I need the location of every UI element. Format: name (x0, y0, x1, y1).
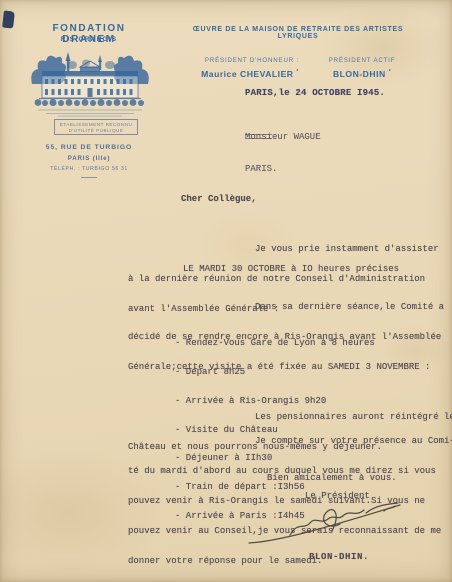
address-street: 55, RUE DE TURBIGO (25, 144, 153, 151)
letter-page: FONDATION DRANEM RIS-ORANGIS (0, 0, 452, 582)
honor-president-title: PRÉSIDENT D'HONNEUR : (196, 57, 308, 64)
honor-president-name: Maurice CHEVALIER * (190, 69, 310, 79)
recipient-block: Monsieur WAGUE PARIS. (245, 111, 321, 195)
recipient-city: PARIS. (245, 164, 321, 175)
dateline: PARIS,le 24 OCTOBRE I945. (245, 88, 385, 98)
asterisk-mark: * (296, 69, 298, 75)
org-subtitle: RIS-ORANGIS (26, 36, 152, 43)
active-name-text: BLON-DHIN (333, 69, 386, 79)
recognition-line-2: D'UTILITÉ PUBLIQUE (55, 128, 137, 134)
letter-line: Je vous prie instamment d'assister (128, 244, 439, 254)
recipient-underline (245, 134, 272, 139)
chateau-engraving-illustration (30, 49, 150, 117)
honor-name-text: Maurice CHEVALIER (201, 69, 293, 79)
meeting-notice: LE MARDI 30 OCTOBRE à IO heures précises (183, 264, 399, 274)
active-president-name: BLON-DHIN * (320, 69, 404, 79)
letter-line: Dans sa dernière séance,le Comité a (128, 302, 444, 312)
letter-line: Je compte sur votre présence au Comi- (128, 436, 452, 446)
active-president-title: PRÉSIDENT ACTIF (320, 57, 404, 64)
handwritten-signature-ink (244, 497, 406, 547)
schedule-item: - Départ 8h25 (175, 368, 375, 378)
asterisk-mark: * (389, 69, 391, 75)
divider-rule (81, 177, 97, 178)
ink-stain (2, 10, 15, 28)
recognition-line-1: ÉTABLISSEMENT RECONNU (55, 122, 137, 128)
salutation: Cher Collègue, (181, 194, 257, 204)
oeuvre-title: ŒUVRE DE LA MAISON DE RETRAITE DES ARTIS… (174, 26, 422, 40)
address-phone: TÉLÉPH. : TURBIGO 56 31 (25, 166, 153, 172)
closing-phrase: Bien amicalement à vous. (267, 473, 397, 483)
schedule-item: - Rendez-Vous Gare de Lyon à 8 heures (175, 339, 375, 349)
recognition-box: ÉTABLISSEMENT RECONNU D'UTILITÉ PUBLIQUE (54, 119, 138, 135)
letter-line: donner votre réponse pour le samedi. (128, 556, 452, 566)
address-city: PARIS (IIIe) (25, 155, 153, 162)
signature-name: BLON-DHIN. (309, 552, 369, 562)
